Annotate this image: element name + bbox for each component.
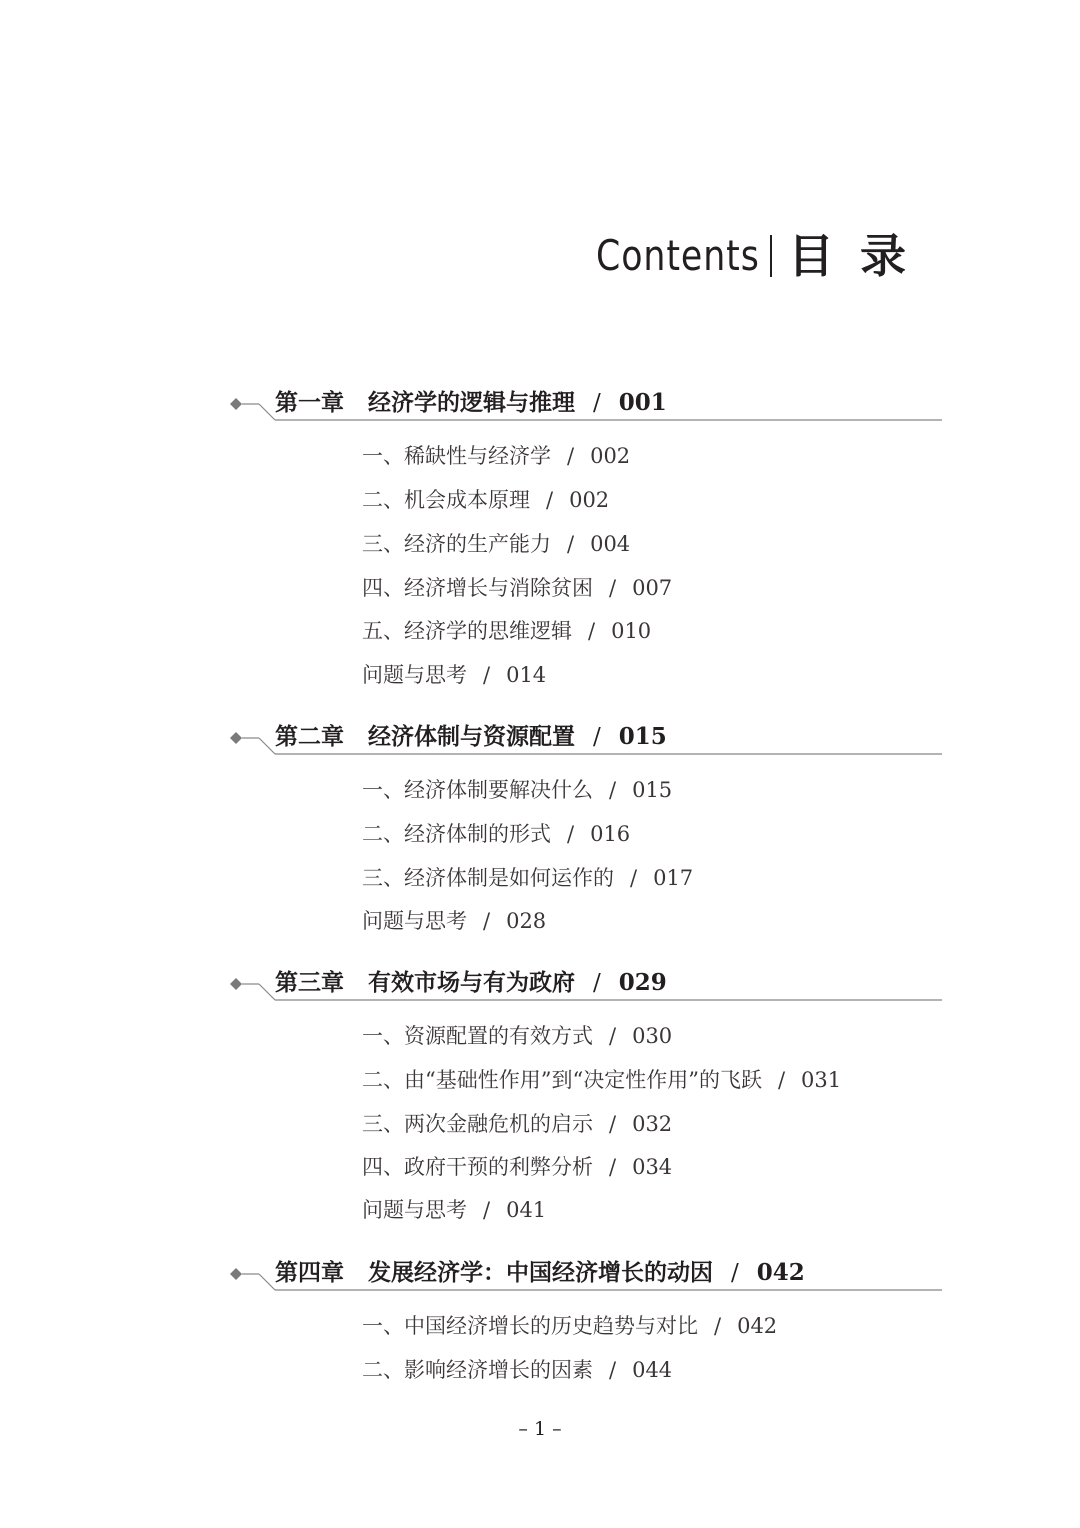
- chapter-heading[interactable]: 第三章有效市场与有为政府/029: [0, 962, 1080, 1006]
- title-english: Contents: [596, 235, 760, 277]
- toc-item[interactable]: 三、经济的生产能力/004: [362, 528, 630, 558]
- toc-item[interactable]: 二、由“基础性作用”到“决定性作用”的飞跃/031: [362, 1064, 841, 1094]
- chapter-number: 第三章: [275, 969, 344, 996]
- chapter-number: 第四章: [275, 1259, 344, 1286]
- title-chinese: 目录: [788, 233, 932, 279]
- separator: /: [593, 390, 601, 416]
- chapter-name: 经济学的逻辑与推理: [368, 389, 575, 416]
- toc-item[interactable]: 问题与思考/014: [362, 659, 546, 689]
- chapter-title: 第二章经济体制与资源配置/015: [275, 718, 667, 751]
- toc-item[interactable]: 五、经济学的思维逻辑/010: [362, 615, 651, 645]
- toc-item[interactable]: 一、资源配置的有效方式/030: [362, 1020, 672, 1050]
- chapter-heading[interactable]: 第四章发展经济学：中国经济增长的动因/042: [0, 1252, 1080, 1296]
- toc-item[interactable]: 一、中国经济增长的历史趋势与对比/042: [362, 1310, 777, 1340]
- title-divider: [770, 235, 772, 277]
- chapter-title: 第一章经济学的逻辑与推理/001: [275, 384, 667, 417]
- chapter-name: 有效市场与有为政府: [368, 969, 575, 996]
- chapter-name: 经济体制与资源配置: [368, 723, 575, 750]
- chapter-page: 001: [619, 389, 667, 416]
- toc-item[interactable]: 一、稀缺性与经济学/002: [362, 440, 630, 470]
- toc-item[interactable]: 一、经济体制要解决什么/015: [362, 774, 672, 804]
- contents-title: Contents 目录: [596, 228, 932, 284]
- chapter-page: 015: [619, 723, 667, 750]
- chapter-number: 第二章: [275, 723, 344, 750]
- toc-item[interactable]: 四、经济增长与消除贫困/007: [362, 572, 672, 602]
- chapter-title: 第四章发展经济学：中国经济增长的动因/042: [275, 1254, 805, 1287]
- separator: /: [731, 1260, 739, 1286]
- toc-item[interactable]: 问题与思考/028: [362, 905, 546, 935]
- toc-item[interactable]: 四、政府干预的利弊分析/034: [362, 1151, 672, 1181]
- separator: /: [593, 724, 601, 750]
- chapter-title: 第三章有效市场与有为政府/029: [275, 964, 667, 997]
- toc-item[interactable]: 问题与思考/041: [362, 1194, 546, 1224]
- toc-item[interactable]: 三、经济体制是如何运作的/017: [362, 862, 693, 892]
- toc-item[interactable]: 二、经济体制的形式/016: [362, 818, 630, 848]
- chapter-name: 发展经济学：中国经济增长的动因: [368, 1259, 713, 1286]
- chapter-heading[interactable]: 第二章经济体制与资源配置/015: [0, 716, 1080, 760]
- chapter-page: 042: [757, 1259, 805, 1286]
- page-number: – 1 –: [0, 1418, 1080, 1440]
- chapter-heading[interactable]: 第一章经济学的逻辑与推理/001: [0, 382, 1080, 426]
- toc-item[interactable]: 二、机会成本原理/002: [362, 484, 609, 514]
- chapter-number: 第一章: [275, 389, 344, 416]
- toc-item[interactable]: 三、两次金融危机的启示/032: [362, 1108, 672, 1138]
- chapter-page: 029: [619, 969, 667, 996]
- toc-item[interactable]: 二、影响经济增长的因素/044: [362, 1354, 672, 1384]
- separator: /: [593, 970, 601, 996]
